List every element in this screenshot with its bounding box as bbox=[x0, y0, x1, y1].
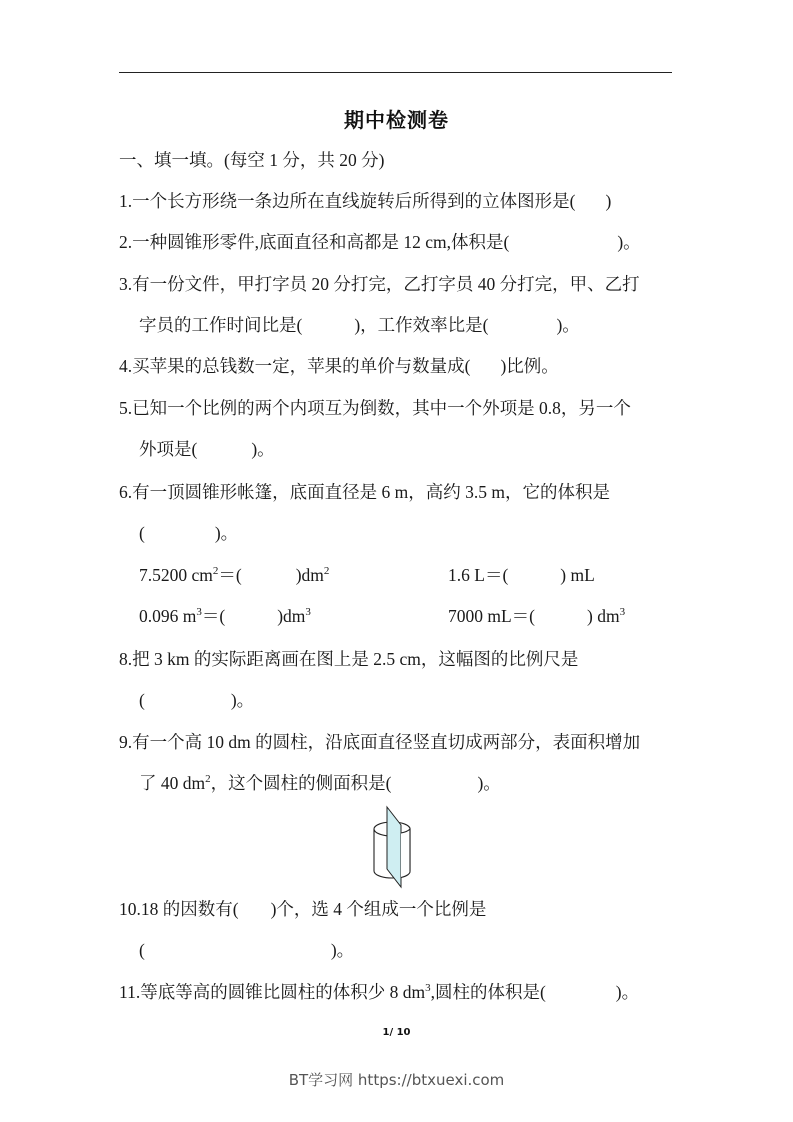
blank-close: )。 bbox=[331, 940, 354, 960]
blank-close: )。 bbox=[616, 982, 639, 1002]
question-text: 2.一种圆锥形零件,底面直径和高都是 12 cm,体积是( bbox=[119, 232, 509, 252]
question-8-line-2: ()。 bbox=[139, 688, 254, 712]
blank-open: ( bbox=[139, 940, 145, 960]
section-heading: 一、填一填。(每空 1 分，共 20 分) bbox=[119, 148, 384, 172]
question-text: 7.5200 cm bbox=[139, 565, 213, 585]
question-text: ＝( bbox=[202, 606, 225, 626]
blank-open: ( bbox=[139, 523, 145, 543]
superscript: 3 bbox=[305, 606, 311, 618]
blank-close: )。 bbox=[556, 315, 579, 335]
question-text: 了 40 dm bbox=[139, 773, 205, 793]
watermark: BT学习网 https://btxuexi.com bbox=[0, 1069, 793, 1090]
header-rule bbox=[119, 72, 672, 73]
question-text: )dm bbox=[296, 565, 324, 585]
question-text: 11.等底等高的圆锥比圆柱的体积少 8 dm bbox=[119, 982, 425, 1002]
question-8-line-1: 8.把 3 km 的实际距离画在图上是 2.5 cm，这幅图的比例尺是 bbox=[119, 647, 578, 671]
question-3-line-2: 字员的工作时间比是()，工作效率比是()。 bbox=[139, 313, 580, 337]
question-text: )dm bbox=[277, 606, 305, 626]
question-7b: 1.6 L＝() mL bbox=[448, 563, 595, 587]
question-text: 4.买苹果的总钱数一定，苹果的单价与数量成( bbox=[119, 356, 470, 376]
question-text: ) dm bbox=[587, 606, 620, 626]
question-text: 7000 mL＝( bbox=[448, 606, 535, 626]
question-3-line-1: 3.有一份文件，甲打字员 20 分打完，乙打字员 40 分打完，甲、乙打 bbox=[119, 272, 640, 296]
question-9-line-2: 了 40 dm2，这个圆柱的侧面积是()。 bbox=[139, 771, 501, 795]
question-text: )个，选 4 个组成一个比例是 bbox=[271, 899, 487, 919]
blank-close: )。 bbox=[617, 232, 640, 252]
blank-close: )。 bbox=[477, 773, 500, 793]
question-text: 0.096 m bbox=[139, 606, 196, 626]
question-text: ,圆柱的体积是( bbox=[431, 982, 546, 1002]
superscript: 2 bbox=[324, 565, 330, 577]
question-text: 字员的工作时间比是( bbox=[139, 315, 302, 335]
question-text: ＝( bbox=[218, 565, 241, 585]
question-4: 4.买苹果的总钱数一定，苹果的单价与数量成()比例。 bbox=[119, 354, 559, 378]
question-10-line-2: ()。 bbox=[139, 938, 354, 962]
question-11: 11.等底等高的圆锥比圆柱的体积少 8 dm3,圆柱的体积是()。 bbox=[119, 980, 639, 1004]
question-text: 1.6 L＝( bbox=[448, 565, 508, 585]
page-title: 期中检测卷 bbox=[0, 104, 793, 133]
cylinder-cut-figure bbox=[368, 803, 424, 889]
question-6-line-1: 6.有一顶圆锥形帐篷，底面直径是 6 m，高约 3.5 m，它的体积是 bbox=[119, 480, 610, 504]
blank-open: ( bbox=[139, 690, 145, 710]
question-5-line-2: 外项是()。 bbox=[139, 437, 275, 461]
question-5-line-1: 5.已知一个比例的两个内项互为倒数，其中一个外项是 0.8，另一个 bbox=[119, 396, 631, 420]
superscript: 3 bbox=[620, 606, 626, 618]
question-7d: 7000 mL＝() dm3 bbox=[448, 604, 625, 628]
blank-close: )比例。 bbox=[500, 356, 558, 376]
question-10-line-1: 10.18 的因数有()个，选 4 个组成一个比例是 bbox=[119, 897, 486, 921]
question-9-line-1: 9.有一个高 10 dm 的圆柱，沿底面直径竖直切成两部分，表面积增加 bbox=[119, 730, 640, 754]
question-7c: 0.096 m3＝()dm3 bbox=[139, 604, 311, 628]
blank-close: )。 bbox=[231, 690, 254, 710]
page-number: 1/ 10 bbox=[0, 1027, 793, 1038]
question-1: 1.一个长方形绕一条边所在直线旋转后所得到的立体图形是() bbox=[119, 189, 611, 213]
question-text: ) mL bbox=[560, 565, 595, 585]
question-2: 2.一种圆锥形零件,底面直径和高都是 12 cm,体积是()。 bbox=[119, 230, 641, 254]
question-text: 1.一个长方形绕一条边所在直线旋转后所得到的立体图形是( bbox=[119, 191, 575, 211]
blank-close: )。 bbox=[251, 439, 274, 459]
blank-close: ) bbox=[605, 191, 611, 211]
cylinder-icon bbox=[368, 803, 424, 889]
question-text: 10.18 的因数有( bbox=[119, 899, 239, 919]
question-7a: 7.5200 cm2＝()dm2 bbox=[139, 563, 329, 587]
blank-close: )。 bbox=[215, 523, 238, 543]
question-text: ，这个圆柱的侧面积是( bbox=[211, 773, 392, 793]
question-6-line-2: ()。 bbox=[139, 521, 238, 545]
question-text: 外项是( bbox=[139, 439, 197, 459]
question-text: )，工作效率比是( bbox=[354, 315, 488, 335]
